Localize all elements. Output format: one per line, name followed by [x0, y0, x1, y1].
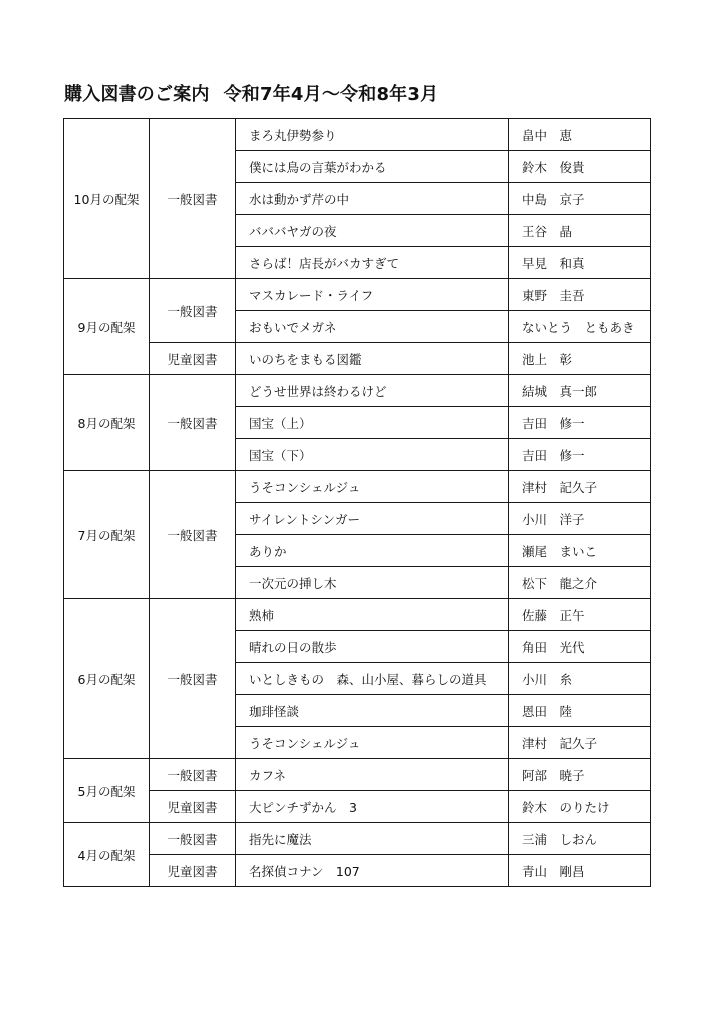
- book-title-cell: さらば！店長がバカすぎて: [236, 247, 509, 279]
- author-cell: 中島 京子: [509, 183, 651, 215]
- author-cell: 恩田 陸: [509, 695, 651, 727]
- book-title-cell: まろ丸伊勢参り: [236, 119, 509, 151]
- author-cell: ないとう ともあき: [509, 311, 651, 343]
- book-title-cell: おもいでメガネ: [236, 311, 509, 343]
- author-cell: 瀬尾 まいこ: [509, 535, 651, 567]
- book-title-cell: 熟柿: [236, 599, 509, 631]
- purchased-books-table: 10月の配架一般図書まろ丸伊勢参り畠中 恵僕には鳥の言葉がわかる鈴木 俊貴水は動…: [63, 118, 651, 887]
- category-cell: 児童図書: [150, 791, 236, 823]
- book-title-cell: マスカレード・ライフ: [236, 279, 509, 311]
- book-title-cell: いのちをまもる図鑑: [236, 343, 509, 375]
- author-cell: 吉田 修一: [509, 407, 651, 439]
- table-row: 10月の配架一般図書まろ丸伊勢参り畠中 恵: [64, 119, 651, 151]
- author-cell: 畠中 恵: [509, 119, 651, 151]
- table-body: 10月の配架一般図書まろ丸伊勢参り畠中 恵僕には鳥の言葉がわかる鈴木 俊貴水は動…: [64, 119, 651, 887]
- book-title-cell: うそコンシェルジュ: [236, 471, 509, 503]
- author-cell: 結城 真一郎: [509, 375, 651, 407]
- book-title-cell: 大ピンチずかん 3: [236, 791, 509, 823]
- author-cell: 早見 和真: [509, 247, 651, 279]
- category-cell: 一般図書: [150, 759, 236, 791]
- book-title-cell: 国宝（上）: [236, 407, 509, 439]
- category-cell: 児童図書: [150, 343, 236, 375]
- month-cell: 8月の配架: [64, 375, 150, 471]
- author-cell: 小川 洋子: [509, 503, 651, 535]
- book-title-cell: 指先に魔法: [236, 823, 509, 855]
- author-cell: 阿部 暁子: [509, 759, 651, 791]
- table-row: 児童図書名探偵コナン 107青山 剛昌: [64, 855, 651, 887]
- author-cell: 王谷 晶: [509, 215, 651, 247]
- book-title-cell: カフネ: [236, 759, 509, 791]
- table-row: 児童図書大ピンチずかん 3鈴木 のりたけ: [64, 791, 651, 823]
- author-cell: 鈴木 のりたけ: [509, 791, 651, 823]
- book-title-cell: 水は動かず芹の中: [236, 183, 509, 215]
- month-cell: 4月の配架: [64, 823, 150, 887]
- table-row: 5月の配架一般図書カフネ阿部 暁子: [64, 759, 651, 791]
- author-cell: 津村 記久子: [509, 727, 651, 759]
- book-title-cell: バババヤガの夜: [236, 215, 509, 247]
- category-cell: 一般図書: [150, 279, 236, 343]
- author-cell: 小川 糸: [509, 663, 651, 695]
- month-cell: 9月の配架: [64, 279, 150, 375]
- book-title-cell: どうせ世界は終わるけど: [236, 375, 509, 407]
- author-cell: 津村 記久子: [509, 471, 651, 503]
- author-cell: 三浦 しおん: [509, 823, 651, 855]
- book-title-cell: いとしきもの 森、山小屋、暮らしの道具: [236, 663, 509, 695]
- title-text: 購入図書のご案内: [64, 84, 210, 105]
- book-title-cell: 一次元の挿し木: [236, 567, 509, 599]
- table-row: 児童図書いのちをまもる図鑑池上 彰: [64, 343, 651, 375]
- category-cell: 一般図書: [150, 599, 236, 759]
- author-cell: 角田 光代: [509, 631, 651, 663]
- book-title-cell: 僕には鳥の言葉がわかる: [236, 151, 509, 183]
- book-title-cell: 珈琲怪談: [236, 695, 509, 727]
- table-row: 7月の配架一般図書うそコンシェルジュ津村 記久子: [64, 471, 651, 503]
- author-cell: 鈴木 俊貴: [509, 151, 651, 183]
- category-cell: 一般図書: [150, 119, 236, 279]
- month-cell: 7月の配架: [64, 471, 150, 599]
- author-cell: 池上 彰: [509, 343, 651, 375]
- table-row: 4月の配架一般図書指先に魔法三浦 しおん: [64, 823, 651, 855]
- month-cell: 6月の配架: [64, 599, 150, 759]
- category-cell: 一般図書: [150, 823, 236, 855]
- book-title-cell: ありか: [236, 535, 509, 567]
- month-cell: 10月の配架: [64, 119, 150, 279]
- book-title-cell: 国宝（下）: [236, 439, 509, 471]
- category-cell: 一般図書: [150, 471, 236, 599]
- title-period: 令和7年4月～令和8年3月: [224, 84, 439, 105]
- book-title-cell: 晴れの日の散歩: [236, 631, 509, 663]
- table-row: 6月の配架一般図書熟柿佐藤 正午: [64, 599, 651, 631]
- author-cell: 青山 剛昌: [509, 855, 651, 887]
- category-cell: 児童図書: [150, 855, 236, 887]
- author-cell: 吉田 修一: [509, 439, 651, 471]
- author-cell: 東野 圭吾: [509, 279, 651, 311]
- book-title-cell: 名探偵コナン 107: [236, 855, 509, 887]
- author-cell: 佐藤 正午: [509, 599, 651, 631]
- table-row: 9月の配架一般図書マスカレード・ライフ東野 圭吾: [64, 279, 651, 311]
- book-title-cell: うそコンシェルジュ: [236, 727, 509, 759]
- book-title-cell: サイレントシンガー: [236, 503, 509, 535]
- table-row: 8月の配架一般図書どうせ世界は終わるけど結城 真一郎: [64, 375, 651, 407]
- category-cell: 一般図書: [150, 375, 236, 471]
- document-title: 購入図書のご案内令和7年4月～令和8年3月: [64, 80, 438, 106]
- author-cell: 松下 龍之介: [509, 567, 651, 599]
- month-cell: 5月の配架: [64, 759, 150, 823]
